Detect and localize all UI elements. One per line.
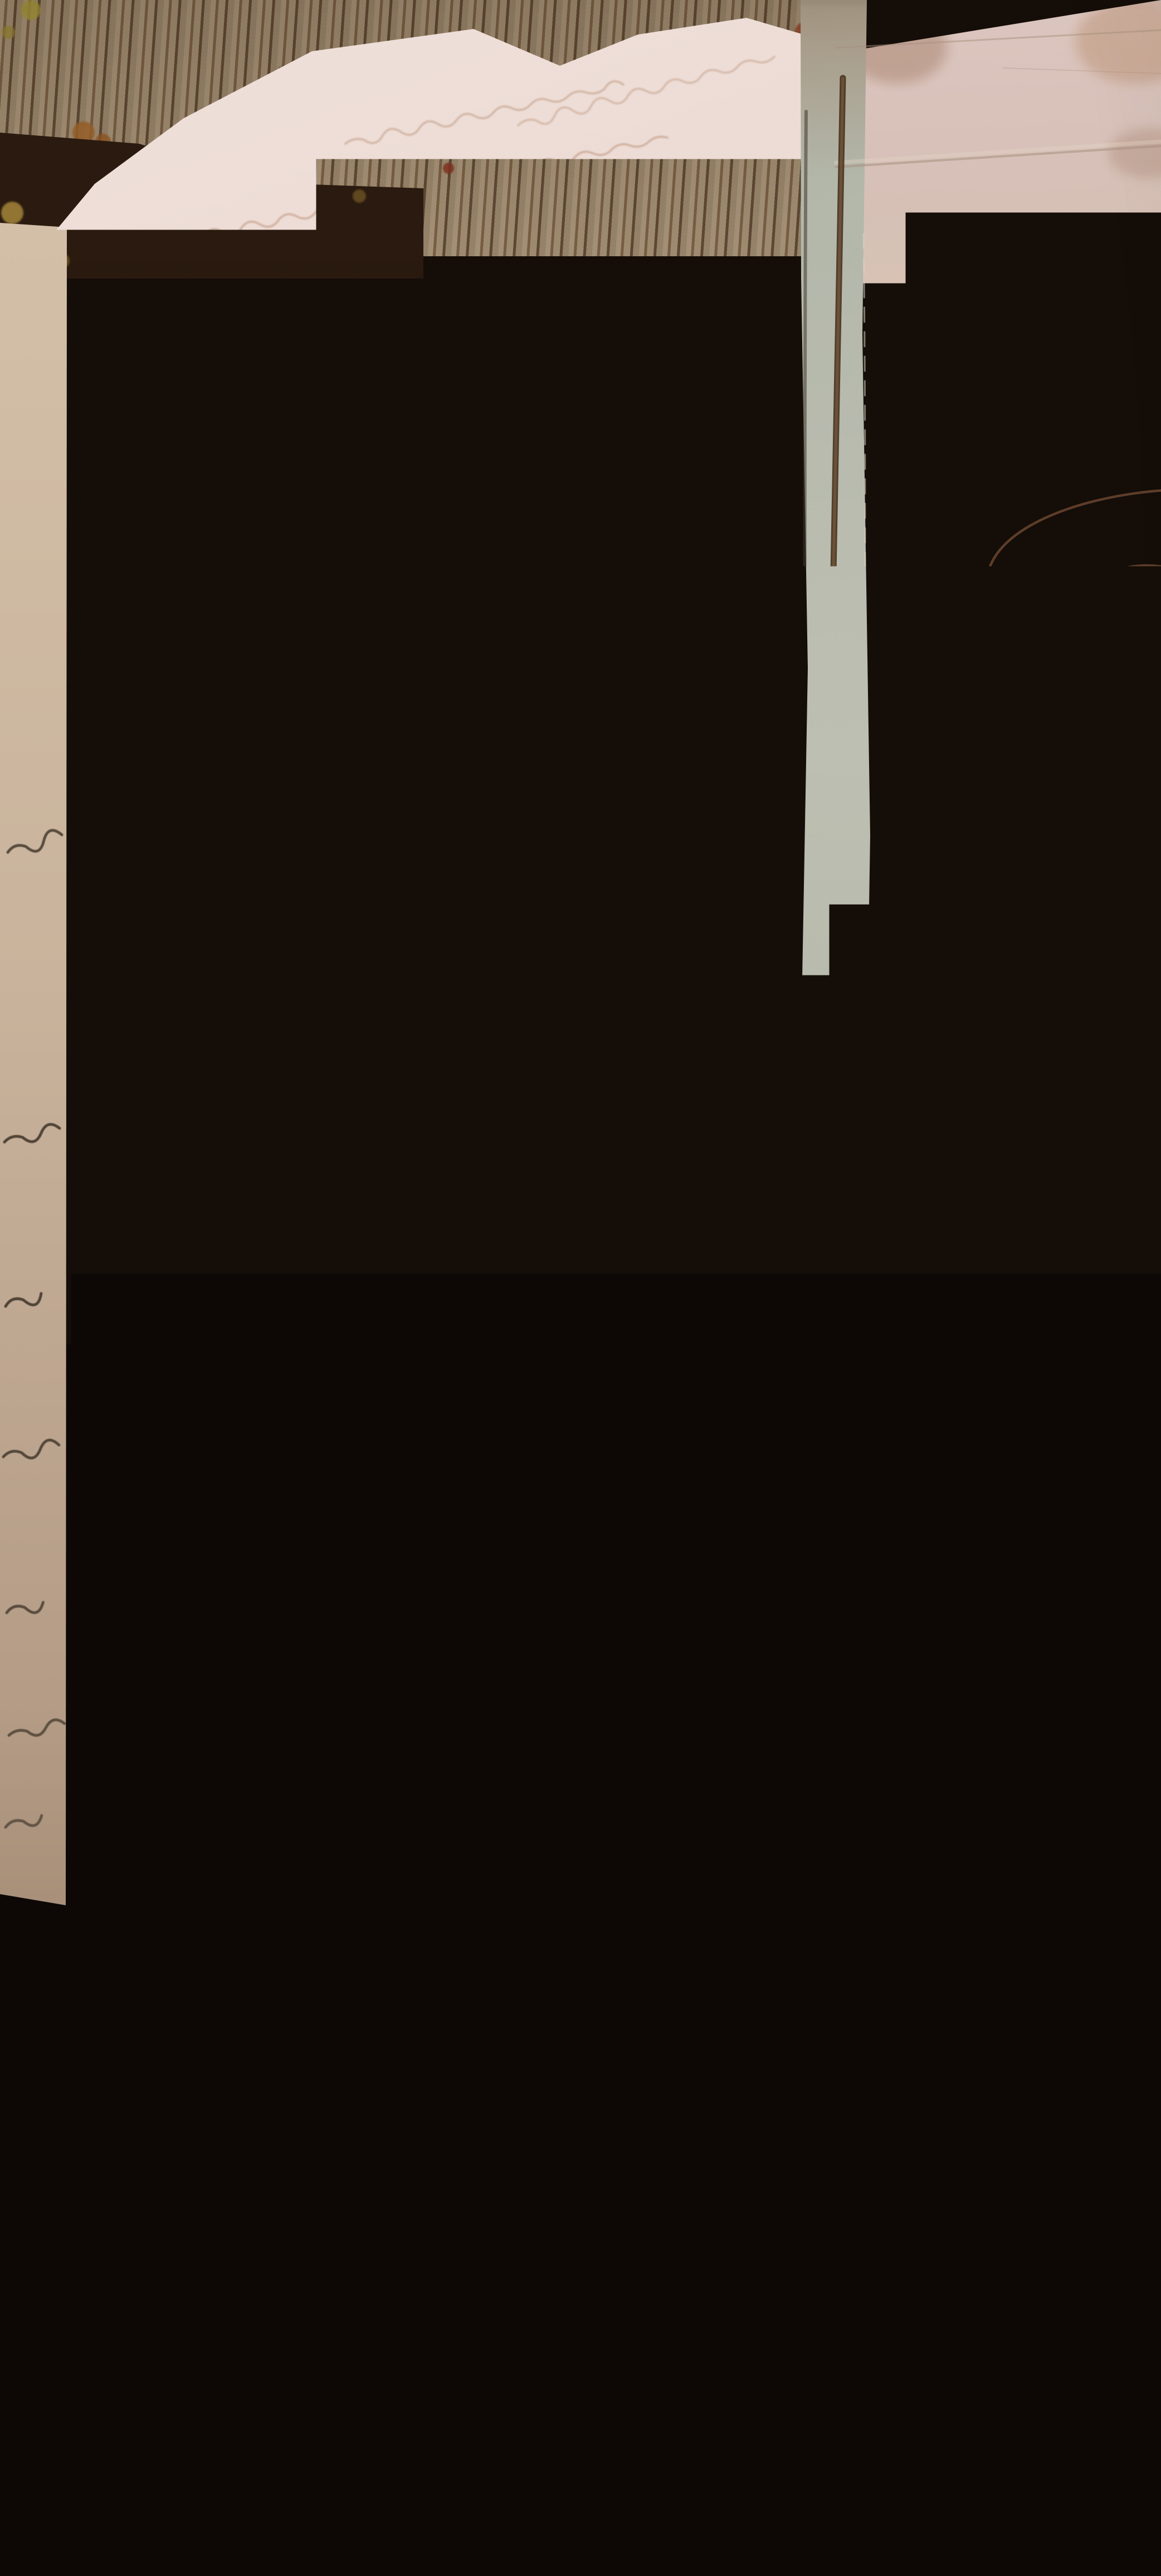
overlay-marks xyxy=(0,0,1161,2576)
paper-fray-edges xyxy=(800,111,866,2084)
stitching-thread xyxy=(818,78,998,1730)
photo-of-manuscripts: Certifiqueq as Inquiripublicadas, a9ra. … xyxy=(0,0,1161,2576)
ink-underline xyxy=(486,1840,869,1918)
crease-lines xyxy=(33,30,1161,2118)
ink-flourish xyxy=(987,490,1161,643)
